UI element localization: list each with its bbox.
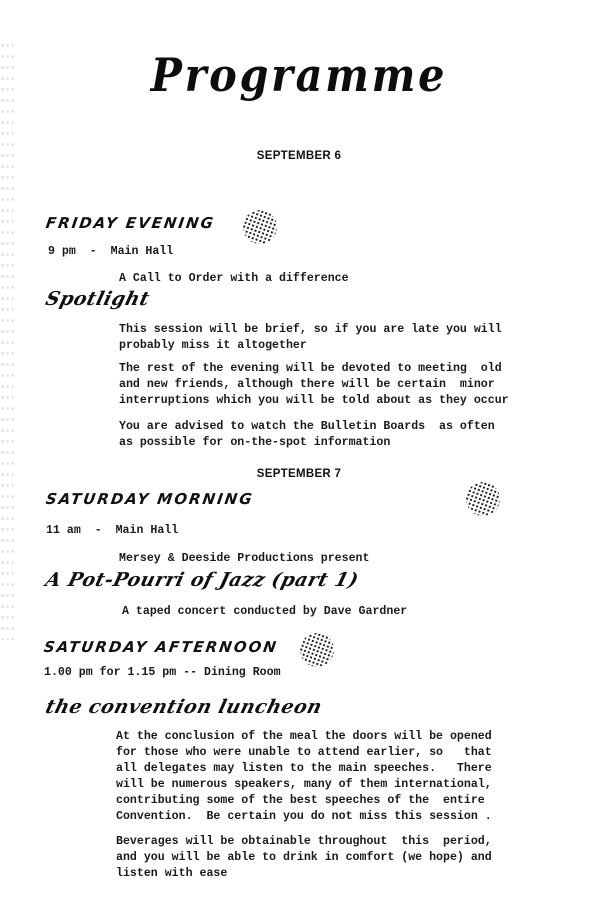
friday-intro: A Call to Order with a difference bbox=[119, 271, 349, 287]
friday-evening-heading: FRIDAY EVENING bbox=[45, 214, 216, 232]
afternoon-paragraph-1: At the conclusion of the meal the doors … bbox=[116, 729, 492, 825]
friday-paragraph-1: This session will be brief, so if you ar… bbox=[119, 322, 502, 354]
luncheon-event-title: the convention luncheon bbox=[43, 696, 324, 718]
pot-pourri-event-title: A Pot-Pourri of Jazz (part 1) bbox=[43, 569, 361, 591]
halftone-dot-icon bbox=[461, 477, 505, 521]
friday-time-place: 9 pm - Main Hall bbox=[48, 244, 173, 260]
page-edge-specks bbox=[0, 40, 14, 640]
page-title: Programme bbox=[30, 48, 568, 102]
friday-paragraph-3: You are advised to watch the Bulletin Bo… bbox=[119, 419, 495, 451]
programme-page: Programme SEPTEMBER 6 FRIDAY EVENING 9 p… bbox=[0, 0, 598, 922]
saturday-afternoon-heading: SATURDAY AFTERNOON bbox=[43, 638, 279, 656]
date-heading-sep6: SEPTEMBER 6 bbox=[0, 150, 598, 162]
date-heading-sep7: SEPTEMBER 7 bbox=[0, 468, 598, 480]
saturday-morning-description: A taped concert conducted by Dave Gardne… bbox=[122, 604, 407, 620]
saturday-morning-heading: SATURDAY MORNING bbox=[45, 490, 255, 508]
halftone-dot-icon bbox=[295, 628, 339, 672]
saturday-morning-intro: Mersey & Deeside Productions present bbox=[119, 551, 369, 567]
halftone-dot-icon bbox=[238, 205, 282, 249]
friday-paragraph-2: The rest of the evening will be devoted … bbox=[119, 361, 509, 409]
spotlight-event-title: Spotlight bbox=[43, 288, 152, 310]
saturday-afternoon-time-place: 1.00 pm for 1.15 pm -- Dining Room bbox=[44, 665, 281, 681]
saturday-morning-time-place: 11 am - Main Hall bbox=[46, 523, 178, 539]
afternoon-paragraph-2: Beverages will be obtainable throughout … bbox=[116, 834, 492, 882]
